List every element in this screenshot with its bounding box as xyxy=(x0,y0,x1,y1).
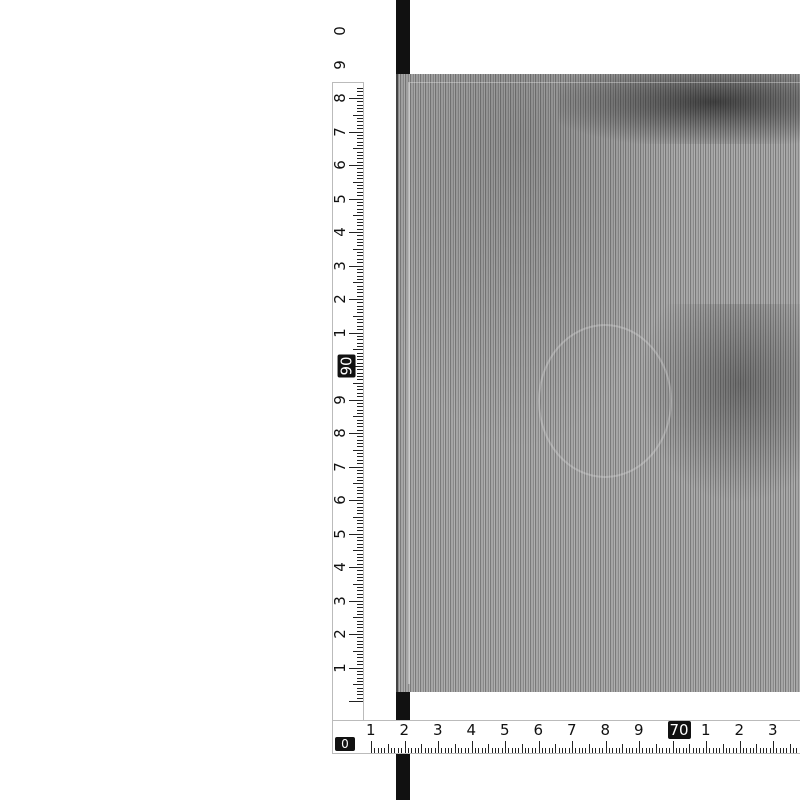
ruler-tick xyxy=(441,748,442,753)
ruler-tick xyxy=(357,674,363,675)
ruler-tick xyxy=(357,162,363,163)
ruler-tick xyxy=(357,111,363,112)
ruler-tick xyxy=(353,450,363,451)
ruler-tick xyxy=(756,744,757,753)
ruler-label: 4 xyxy=(331,227,349,237)
ruler-tick xyxy=(357,570,363,571)
ruler-tick xyxy=(699,748,700,753)
ruler-tick xyxy=(357,386,363,387)
ruler-tick xyxy=(353,517,363,518)
ruler-tick xyxy=(357,530,363,531)
ruler-tick xyxy=(770,748,771,753)
ruler-tick xyxy=(703,748,704,753)
ruler-tick xyxy=(357,540,363,541)
ruler-tick xyxy=(353,550,363,551)
ruler-tick xyxy=(357,118,363,119)
ruler-tick xyxy=(357,547,363,548)
ruler-tick xyxy=(349,601,363,602)
ruler-tick xyxy=(371,741,372,753)
ruler-tick xyxy=(539,741,540,753)
ruler-tick xyxy=(357,229,363,230)
ruler-tick xyxy=(438,741,439,753)
ruler-tick xyxy=(357,172,363,173)
ruler-tick xyxy=(435,748,436,753)
ruler-tick xyxy=(485,748,486,753)
ruler-tick xyxy=(378,748,379,753)
ruler-tick xyxy=(683,748,684,753)
ruler-tick xyxy=(357,647,363,648)
ruler-label: 9 xyxy=(331,60,349,70)
ruler-tick xyxy=(374,748,375,753)
ruler-tick xyxy=(357,188,363,189)
ruler-tick xyxy=(353,182,363,183)
ruler-tick xyxy=(357,322,363,323)
ruler-tick xyxy=(357,389,363,390)
ruler-tick xyxy=(719,748,720,753)
ruler-label: 2 xyxy=(400,721,410,739)
ruler-tick xyxy=(508,748,509,753)
ruler-tick xyxy=(461,748,462,753)
ruler-tick xyxy=(495,748,496,753)
ruler-tick xyxy=(349,534,363,535)
ruler-tick xyxy=(357,209,363,210)
ruler-tick xyxy=(357,440,363,441)
ruler-tick xyxy=(790,744,791,753)
ruler-tick xyxy=(636,748,637,753)
ruler-tick xyxy=(357,202,363,203)
ruler-tick xyxy=(706,741,707,753)
ruler-tick xyxy=(528,748,529,753)
ruler-tick xyxy=(662,748,663,753)
ruler-tick xyxy=(357,631,363,632)
ruler-tick xyxy=(357,430,363,431)
ruler-tick xyxy=(357,356,363,357)
ruler-tick xyxy=(357,507,363,508)
ruler-tick xyxy=(357,312,363,313)
ruler-tick xyxy=(619,748,620,753)
ruler-label: 6 xyxy=(534,721,544,739)
ruler-label: 9 xyxy=(634,721,644,739)
ruler-label: 7 xyxy=(331,127,349,137)
ruler-tick xyxy=(349,232,363,233)
ruler-tick xyxy=(357,339,363,340)
ruler-label: 4 xyxy=(331,562,349,572)
ruler-tick xyxy=(349,668,363,669)
ruler-tick xyxy=(746,748,747,753)
ruler-label: 1 xyxy=(701,721,711,739)
ruler-tick xyxy=(357,205,363,206)
ruler-tick xyxy=(357,95,363,96)
ruler-tick xyxy=(425,748,426,753)
ruler-label: 5 xyxy=(331,529,349,539)
ruler-label: 1 xyxy=(331,663,349,673)
ruler-tick xyxy=(357,155,363,156)
ruler-label: 3 xyxy=(768,721,778,739)
ruler-tick xyxy=(357,219,363,220)
ruler-tick xyxy=(353,617,363,618)
ruler-tick xyxy=(357,178,363,179)
vertical-ruler: 123456789901234567890 xyxy=(332,82,364,724)
ruler-tick xyxy=(357,329,363,330)
ruler-tick xyxy=(357,359,363,360)
ruler-tick xyxy=(515,748,516,753)
ruler-tick xyxy=(478,748,479,753)
ruler-tick xyxy=(693,748,694,753)
ruler-tick xyxy=(357,611,363,612)
ruler-tick xyxy=(357,239,363,240)
ruler-tick xyxy=(555,744,556,753)
ruler-tick xyxy=(552,748,553,753)
ruler-tick xyxy=(357,604,363,605)
ruler-tick xyxy=(445,748,446,753)
ruler-tick xyxy=(689,744,690,753)
ruler-tick xyxy=(585,748,586,753)
ruler-tick xyxy=(612,748,613,753)
ruler-tick xyxy=(565,748,566,753)
ruler-tick xyxy=(357,245,363,246)
ruler-tick xyxy=(349,567,363,568)
ruler-tick xyxy=(357,436,363,437)
ruler-tick xyxy=(357,446,363,447)
ruler-tick xyxy=(357,269,363,270)
ruler-tick xyxy=(696,748,697,753)
ruler-tick xyxy=(357,259,363,260)
ruler-tick xyxy=(679,748,680,753)
ruler-tick xyxy=(391,748,392,753)
ruler-tick xyxy=(532,748,533,753)
ruler-tick xyxy=(760,748,761,753)
ruler-tick xyxy=(602,748,603,753)
ruler-tick xyxy=(357,426,363,427)
ruler-tick xyxy=(415,748,416,753)
ruler-tick xyxy=(357,671,363,672)
ruler-tick xyxy=(353,115,363,116)
ruler-tick xyxy=(357,477,363,478)
ruler-tick xyxy=(569,748,570,753)
ruler-tick xyxy=(428,748,429,753)
ruler-tick xyxy=(736,748,737,753)
ruler-tick xyxy=(357,369,363,370)
ruler-label: 2 xyxy=(735,721,745,739)
ruler-label: 8 xyxy=(601,721,611,739)
ruler-tick xyxy=(357,353,363,354)
ruler-tick xyxy=(353,282,363,283)
ruler-tick xyxy=(666,748,667,753)
ruler-tick xyxy=(357,175,363,176)
ruler-tick xyxy=(572,741,573,753)
ruler-tick xyxy=(357,158,363,159)
ruler-label: 5 xyxy=(331,194,349,204)
ruler-tick xyxy=(639,741,640,753)
ruler-tick xyxy=(401,748,402,753)
ruler-tick xyxy=(357,276,363,277)
ruler-tick xyxy=(776,748,777,753)
ruler-tick xyxy=(357,463,363,464)
ruler-tick xyxy=(733,748,734,753)
ruler-tick xyxy=(357,520,363,521)
ruler-tick xyxy=(357,523,363,524)
ruler-tick xyxy=(357,343,363,344)
ruler-tick xyxy=(357,121,363,122)
ruler-tick xyxy=(357,235,363,236)
ruler-tick xyxy=(632,748,633,753)
ruler-tick xyxy=(505,741,506,753)
ruler-tick xyxy=(357,376,363,377)
ruler-tick xyxy=(357,108,363,109)
ruler-tick xyxy=(349,701,363,702)
ruler-tick xyxy=(357,493,363,494)
ruler-tick xyxy=(353,349,363,350)
ruler-tick xyxy=(384,748,385,753)
ruler-tick xyxy=(357,473,363,474)
ruler-tick xyxy=(549,748,550,753)
ruler-tick xyxy=(357,336,363,337)
ruler-tick xyxy=(353,651,363,652)
ruler-tick xyxy=(763,748,764,753)
ruler-tick xyxy=(357,664,363,665)
ruler-label: 3 xyxy=(433,721,443,739)
ruler-label: 1 xyxy=(366,721,376,739)
ruler-tick xyxy=(357,396,363,397)
ruler-tick xyxy=(465,748,466,753)
ruler-tick xyxy=(357,125,363,126)
ruler-tick xyxy=(349,433,363,434)
ruler-tick xyxy=(357,252,363,253)
ruler-tick xyxy=(357,527,363,528)
ruler-tick xyxy=(357,138,363,139)
ruler-tick xyxy=(357,698,363,699)
ruler-tick xyxy=(786,748,787,753)
ruler-tick xyxy=(405,741,406,753)
ruler-tick xyxy=(357,503,363,504)
ruler-tick xyxy=(357,272,363,273)
ruler-tick xyxy=(458,748,459,753)
ruler-tick xyxy=(357,195,363,196)
ruler-tick xyxy=(357,242,363,243)
ruler-tick xyxy=(783,748,784,753)
ruler-tick xyxy=(357,577,363,578)
ruler-tick xyxy=(357,309,363,310)
ruler-tick xyxy=(357,497,363,498)
ruler-tick xyxy=(357,135,363,136)
ruler-tick xyxy=(357,453,363,454)
ruler-tick xyxy=(713,748,714,753)
ruler-tick xyxy=(622,744,623,753)
ruler-tick xyxy=(357,145,363,146)
ruler-label: 3 xyxy=(331,261,349,271)
ruler-tick xyxy=(472,741,473,753)
ruler-tick xyxy=(609,748,610,753)
ruler-tick xyxy=(353,249,363,250)
ruler-tick xyxy=(599,748,600,753)
ruler-tick xyxy=(753,748,754,753)
ruler-tick xyxy=(357,363,363,364)
ruler-tick xyxy=(659,748,660,753)
ruler-label: 5 xyxy=(500,721,510,739)
ruler-tick xyxy=(542,748,543,753)
ruler-tick xyxy=(357,627,363,628)
ruler-tick xyxy=(408,748,409,753)
ruler-label: 7 xyxy=(567,721,577,739)
ruler-tick xyxy=(649,748,650,753)
ruler-tick xyxy=(357,105,363,106)
ruler-tick xyxy=(502,748,503,753)
ruler-label: 4 xyxy=(467,721,477,739)
ruler-tick xyxy=(357,470,363,471)
ruler-tick xyxy=(357,152,363,153)
ruler-tick xyxy=(357,688,363,689)
ruler-tick xyxy=(455,744,456,753)
ruler-tick xyxy=(357,661,363,662)
ruler-tick xyxy=(357,101,363,102)
ruler-tick xyxy=(357,222,363,223)
horizontal-ruler: 0 123456789701234 xyxy=(332,720,800,754)
ruler-tick xyxy=(357,644,363,645)
ruler-tick xyxy=(492,748,493,753)
ruler-label: 1 xyxy=(331,328,349,338)
ruler-tick xyxy=(357,607,363,608)
ruler-tick xyxy=(353,684,363,685)
ruler-tick xyxy=(357,319,363,320)
ruler-tick xyxy=(357,296,363,297)
ruler-tick xyxy=(353,483,363,484)
ruler-tick xyxy=(676,748,677,753)
ruler-label: 90 xyxy=(338,354,356,377)
ruler-tick xyxy=(421,744,422,753)
book-cover xyxy=(396,74,800,692)
ruler-tick xyxy=(673,741,674,753)
ruler-tick xyxy=(357,510,363,511)
ruler-tick xyxy=(626,748,627,753)
ruler-tick xyxy=(357,262,363,263)
ruler-tick xyxy=(353,383,363,384)
ruler-label: 9 xyxy=(331,395,349,405)
ruler-tick xyxy=(357,694,363,695)
ruler-tick xyxy=(357,128,363,129)
ruler-tick xyxy=(357,456,363,457)
ruler-tick xyxy=(518,748,519,753)
ruler-tick xyxy=(418,748,419,753)
ruler-tick xyxy=(353,316,363,317)
ruler-tick xyxy=(468,748,469,753)
ruler-label: 6 xyxy=(331,160,349,170)
ruler-tick xyxy=(349,500,363,501)
ruler-tick xyxy=(349,333,363,334)
ruler-label: 2 xyxy=(331,629,349,639)
ruler-tick xyxy=(349,132,363,133)
ruler-tick xyxy=(357,185,363,186)
ruler-tick xyxy=(357,480,363,481)
ruler-tick xyxy=(796,748,797,753)
ruler-tick xyxy=(349,400,363,401)
ruler-tick xyxy=(793,748,794,753)
ruler-tick xyxy=(750,748,751,753)
ruler-tick xyxy=(669,748,670,753)
ruler-tick xyxy=(357,393,363,394)
ruler-tick xyxy=(357,637,363,638)
ruler-tick xyxy=(357,621,363,622)
ruler-tick xyxy=(357,255,363,256)
ruler-label: 70 xyxy=(668,721,691,739)
ruler-tick xyxy=(357,403,363,404)
ruler-label: 8 xyxy=(331,93,349,103)
ruler-label: 7 xyxy=(331,462,349,472)
ruler-tick xyxy=(522,744,523,753)
ruler-tick xyxy=(579,748,580,753)
ruler-tick xyxy=(353,584,363,585)
ruler-tick xyxy=(357,286,363,287)
ruler-tick xyxy=(709,748,710,753)
ruler-tick xyxy=(357,420,363,421)
ruler-tick xyxy=(589,744,590,753)
ruler-label: 8 xyxy=(331,428,349,438)
ruler-tick xyxy=(475,748,476,753)
ruler-tick xyxy=(448,748,449,753)
ruler-tick xyxy=(451,748,452,753)
ruler-tick xyxy=(357,88,363,89)
ruler-tick xyxy=(357,192,363,193)
ruler-tick xyxy=(726,748,727,753)
ruler-tick xyxy=(357,654,363,655)
ruler-label: 6 xyxy=(331,495,349,505)
ruler-tick xyxy=(357,641,363,642)
ruler-tick xyxy=(357,306,363,307)
ruler-tick xyxy=(357,487,363,488)
ruler-tick xyxy=(349,165,363,166)
ruler-label: 3 xyxy=(331,596,349,606)
ruler-tick xyxy=(766,748,767,753)
ruler-tick xyxy=(357,560,363,561)
ruler-tick xyxy=(686,748,687,753)
ruler-tick xyxy=(357,554,363,555)
ruler-tick xyxy=(482,748,483,753)
ruler-tick xyxy=(357,326,363,327)
ruler-tick xyxy=(357,379,363,380)
ruler-tick xyxy=(716,748,717,753)
ruler-tick xyxy=(357,346,363,347)
ruler-tick xyxy=(357,423,363,424)
ruler-tick xyxy=(525,748,526,753)
ruler-tick xyxy=(357,597,363,598)
ruler-tick xyxy=(398,748,399,753)
ruler-tick xyxy=(349,98,363,99)
ruler-tick xyxy=(357,490,363,491)
ruler-tick xyxy=(357,657,363,658)
ruler-tick xyxy=(723,744,724,753)
ruler-tick xyxy=(357,594,363,595)
ruler-tick xyxy=(357,91,363,92)
ruler-tick xyxy=(431,748,432,753)
ruler-tick xyxy=(357,292,363,293)
ruler-tick xyxy=(349,467,363,468)
ruler-tick xyxy=(353,215,363,216)
ruler-tick xyxy=(381,748,382,753)
ruler-tick xyxy=(740,741,741,753)
ruler-tick xyxy=(629,748,630,753)
ruler-tick xyxy=(357,302,363,303)
ruler-label: 0 xyxy=(331,26,349,36)
ruler-tick xyxy=(357,574,363,575)
ruler-tick xyxy=(357,225,363,226)
ruler-zero-label: 0 xyxy=(335,737,355,751)
ruler-tick xyxy=(411,748,412,753)
ruler-tick xyxy=(357,212,363,213)
ruler-tick xyxy=(357,537,363,538)
ruler-tick xyxy=(498,748,499,753)
ruler-tick xyxy=(357,279,363,280)
ruler-tick xyxy=(656,744,657,753)
ruler-tick xyxy=(357,590,363,591)
